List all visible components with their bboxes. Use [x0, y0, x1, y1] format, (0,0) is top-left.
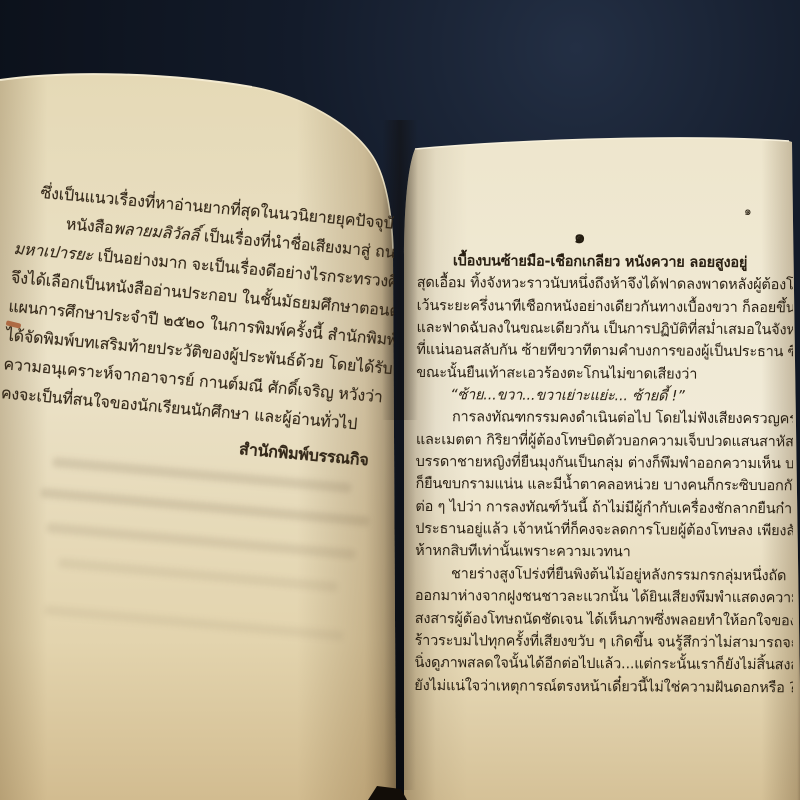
right-page-line: เบื้องบนซ้ายมือ-เชือกเกลียว หนังควาย ลอย… — [417, 250, 779, 275]
right-page-line: ประธานอยู่แล้ว เจ้าหน้าที่ก็คงจะลดการโบย… — [415, 518, 777, 543]
right-page-line: และเมตตา กิริยาที่ผู้ต้องโทษบิดตัวบอกควา… — [416, 429, 778, 454]
bleed-through-line — [44, 605, 344, 641]
left-page-content: ซึ่งเป็นแนวเรื่องที่หาอ่านยากที่สุดในนวน… — [0, 70, 394, 800]
right-page-line: นิ่งดูภาพสลดใจนั้นได้อีกต่อไปแล้ว...แต่ก… — [414, 652, 776, 677]
right-page-line: ที่แน่นอนสลับกัน ซ้ายทีขวาทีตามคำบงการขอ… — [416, 339, 778, 364]
right-page-line: สุดเอื้อม ทิ้งจังหวะราวนับหนึ่งถึงห้าจึง… — [417, 272, 779, 297]
line-text: หนังสือ — [65, 214, 114, 237]
right-page-line: ก็ยืนขบกรามแน่น และมีน้ำตาคลอหน่วย บางคน… — [415, 473, 777, 498]
right-page-line: สงสารผู้ต้องโทษถนัดชัดเจน ได้เห็นภาพซึ่ง… — [415, 607, 777, 632]
bleed-through-line — [46, 523, 356, 560]
right-page-line: เว้นระยะครึ่งนาทีเชือกหนังอย่างเดียวกันท… — [417, 295, 779, 320]
book-title-italic: พลายมลิวัลลิ์ — [113, 218, 200, 244]
right-page-content: ๑ ๑ เบื้องบนซ้ายมือ-เชือกเกลียว หนังควาย… — [404, 140, 793, 800]
right-page-line: การลงทัณฑกรรมคงดำเนินต่อไป โดยไม่ฟังเสีย… — [416, 406, 778, 431]
right-page-line: ขณะนั้นยืนเท้าสะเอวร้องตะโกนไม่ขาดเสียงว… — [416, 362, 778, 387]
left-page-paragraph: ซึ่งเป็นแนวเรื่องที่หาอ่านยากที่สุดในนวน… — [0, 176, 394, 475]
bleed-through-line — [40, 488, 370, 527]
right-page-line: ห้าหกสิบทีเท่านั้นเพราะความเวทนา — [415, 540, 777, 565]
bleed-through-line — [58, 558, 338, 592]
right-page-line: และฟาดฉับลงในขณะเดียวกัน เป็นการปฏิบัติท… — [416, 317, 778, 342]
right-page-quote-line: “ซ้าย...ขวา...ขวาเย่าะแย่ะ... ซ้ายดี้ !” — [416, 384, 778, 409]
right-page-line: ร้าวระบมไปทุกครั้งที่เสียงขวับ ๆ เกิดขึ้… — [415, 630, 777, 655]
open-book-photo: ซึ่งเป็นแนวเรื่องที่หาอ่านยากที่สุดในนวน… — [0, 0, 800, 800]
right-page-line: ต่อ ๆ ไปว่า การลงทัณฑ์วันนี้ ถ้าไม่มีผู้… — [415, 496, 777, 521]
right-page-body: เบื้องบนซ้ายมือ-เชือกเกลียว หนังควาย ลอย… — [414, 250, 779, 699]
author-name-italic: มหาเปารยะ — [13, 239, 94, 265]
right-page-line: บรรดาชายหญิงที่ยืนมุงกันเป็นกลุ่ม ต่างก็… — [416, 451, 778, 476]
right-page-line: ออกมาห่างจากฝูงชนชาวละแวกนั้น ได้ยินเสีย… — [415, 585, 777, 610]
chapter-number: ๑ — [574, 222, 585, 251]
right-page-line: ชายร่างสูงโปร่งที่ยืนพิงต้นไม้อยู่หลังกร… — [415, 563, 777, 588]
right-page-line: ยังไม่แน่ใจว่าเหตุการณ์ตรงหน้าเดี๋ยวนี้ไ… — [414, 675, 776, 700]
page-number: ๑ — [744, 202, 752, 221]
